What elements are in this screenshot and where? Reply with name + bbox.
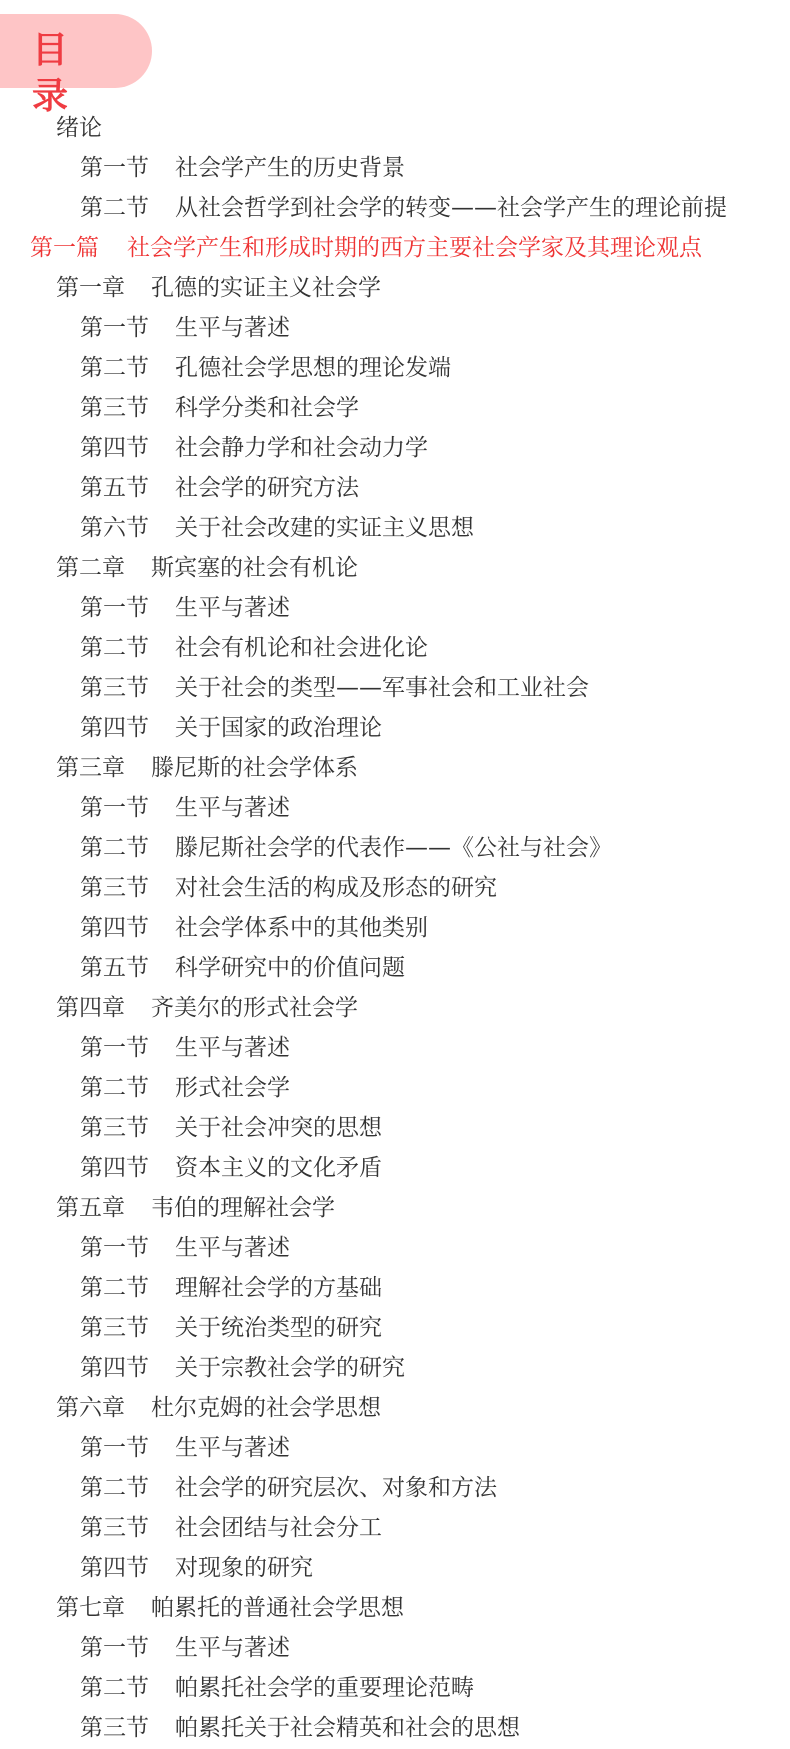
toc-item-title: 生平与著述 xyxy=(175,1228,290,1268)
toc-section-item[interactable]: 第一节生平与著述 xyxy=(0,1628,790,1668)
toc-item-title: 社会有机论和社会进化论 xyxy=(175,628,428,668)
toc-item-title: 社会学体系中的其他类别 xyxy=(175,908,428,948)
toc-section-item[interactable]: 第一节生平与著述 xyxy=(0,788,790,828)
toc-section-item[interactable]: 第二节社会学的研究层次、对象和方法 xyxy=(0,1468,790,1508)
toc-item-number: 第四节 xyxy=(80,428,149,468)
toc-item-title: 生平与著述 xyxy=(175,1628,290,1668)
toc-item-title: 社会团结与社会分工 xyxy=(175,1508,382,1548)
toc-item-number: 第二节 xyxy=(80,1068,149,1108)
toc-item-number: 第二节 xyxy=(80,1268,149,1308)
toc-item-number: 第四节 xyxy=(80,908,149,948)
toc-item-title: 关于社会改建的实证主义思想 xyxy=(175,508,474,548)
toc-item-title: 滕尼斯的社会学体系 xyxy=(151,748,358,788)
toc-item-number: 第四节 xyxy=(80,708,149,748)
toc-item-number: 第五节 xyxy=(80,948,149,988)
toc-item-number: 第三节 xyxy=(80,388,149,428)
toc-item-title: 关于国家的政治理论 xyxy=(175,708,382,748)
toc-item-title: 孔德社会学思想的理论发端 xyxy=(175,348,451,388)
toc-item-number: 第三节 xyxy=(80,1708,149,1748)
toc-chapter-item[interactable]: 第三章滕尼斯的社会学体系 xyxy=(0,748,790,788)
toc-section-item[interactable]: 第二节从社会哲学到社会学的转变——社会学产生的理论前提 xyxy=(0,188,790,228)
toc-item-number: 第一节 xyxy=(80,1228,149,1268)
toc-item-number: 第五章 xyxy=(56,1188,125,1228)
toc-item-title: 社会学的研究层次、对象和方法 xyxy=(175,1468,497,1508)
toc-item-number: 第二节 xyxy=(80,1468,149,1508)
toc-chapter-item[interactable]: 第四章齐美尔的形式社会学 xyxy=(0,988,790,1028)
toc-item-title: 斯宾塞的社会有机论 xyxy=(151,548,358,588)
toc-item-number: 第一节 xyxy=(80,1628,149,1668)
toc-section-item[interactable]: 第三节对社会生活的构成及形态的研究 xyxy=(0,868,790,908)
toc-section-item[interactable]: 第五节社会学的研究方法 xyxy=(0,468,790,508)
toc-item-title: 关于宗教社会学的研究 xyxy=(175,1348,405,1388)
toc-section-item[interactable]: 第二节滕尼斯社会学的代表作——《公社与社会》 xyxy=(0,828,790,868)
toc-section-item[interactable]: 第一节生平与著述 xyxy=(0,1228,790,1268)
toc-item-number: 第三节 xyxy=(80,868,149,908)
toc-item-number: 第一节 xyxy=(80,308,149,348)
toc-section-item[interactable]: 第三节社会团结与社会分工 xyxy=(0,1508,790,1548)
toc-item-title: 帕累托的普通社会学思想 xyxy=(151,1588,404,1628)
toc-item-title: 理解社会学的方基础 xyxy=(175,1268,382,1308)
toc-item-title: 杜尔克姆的社会学思想 xyxy=(151,1388,381,1428)
toc-item-title: 生平与著述 xyxy=(175,1028,290,1068)
toc-item-title: 生平与著述 xyxy=(175,1428,290,1468)
toc-item-title: 齐美尔的形式社会学 xyxy=(151,988,358,1028)
toc-item-number: 第二节 xyxy=(80,188,149,228)
toc-item-number: 第一节 xyxy=(80,148,149,188)
toc-item-title: 生平与著述 xyxy=(175,588,290,628)
toc-item-number: 第一节 xyxy=(80,1028,149,1068)
toc-section-item[interactable]: 第三节帕累托关于社会精英和社会的思想 xyxy=(0,1708,790,1748)
toc-item-title: 科学研究中的价值问题 xyxy=(175,948,405,988)
toc-title: 目 录 xyxy=(32,28,152,120)
toc-section-item[interactable]: 第六节关于社会改建的实证主义思想 xyxy=(0,508,790,548)
toc-item-number: 第一章 xyxy=(56,268,125,308)
toc-item-number: 第三节 xyxy=(80,1508,149,1548)
toc-item-number: 第三节 xyxy=(80,1108,149,1148)
toc-item-number: 第二节 xyxy=(80,348,149,388)
toc-section-item[interactable]: 第一节社会学产生的历史背景 xyxy=(0,148,790,188)
toc-section-item[interactable]: 第四节社会学体系中的其他类别 xyxy=(0,908,790,948)
toc-item-title: 科学分类和社会学 xyxy=(175,388,359,428)
toc-item-title: 生平与著述 xyxy=(175,788,290,828)
toc-item-number: 第一篇 xyxy=(30,228,99,268)
toc-item-number: 第四节 xyxy=(80,1548,149,1588)
toc-chapter-item[interactable]: 第七章帕累托的普通社会学思想 xyxy=(0,1588,790,1628)
toc-chapter-item[interactable]: 第五章韦伯的理解社会学 xyxy=(0,1188,790,1228)
toc-section-item[interactable]: 第四节关于国家的政治理论 xyxy=(0,708,790,748)
toc-intro-item[interactable]: 绪论 xyxy=(0,108,790,148)
toc-section-item[interactable]: 第二节孔德社会学思想的理论发端 xyxy=(0,348,790,388)
toc-item-title: 社会学产生和形成时期的西方主要社会学家及其理论观点 xyxy=(127,228,702,268)
toc-item-number: 第三节 xyxy=(80,1308,149,1348)
toc-item-title: 对社会生活的构成及形态的研究 xyxy=(175,868,497,908)
toc-item-title: 从社会哲学到社会学的转变——社会学产生的理论前提 xyxy=(175,188,727,228)
toc-section-item[interactable]: 第三节科学分类和社会学 xyxy=(0,388,790,428)
toc-section-item[interactable]: 第四节对现象的研究 xyxy=(0,1548,790,1588)
toc-section-item[interactable]: 第一节生平与著述 xyxy=(0,1428,790,1468)
toc-item-number: 第六节 xyxy=(80,508,149,548)
toc-item-number: 第二节 xyxy=(80,1668,149,1708)
toc-item-title: 资本主义的文化矛盾 xyxy=(175,1148,382,1188)
toc-item-number: 第四节 xyxy=(80,1348,149,1388)
toc-item-number: 第二章 xyxy=(56,548,125,588)
toc-item-title: 关于社会冲突的思想 xyxy=(175,1108,382,1148)
toc-item-number: 第五节 xyxy=(80,468,149,508)
toc-item-number: 第一节 xyxy=(80,1428,149,1468)
toc-header-pill: 目 录 xyxy=(0,14,152,88)
toc-item-number: 绪论 xyxy=(56,108,102,148)
toc-section-item[interactable]: 第三节关于社会的类型——军事社会和工业社会 xyxy=(0,668,790,708)
toc-item-number: 第七章 xyxy=(56,1588,125,1628)
toc-item-number: 第一节 xyxy=(80,788,149,828)
toc-item-title: 帕累托关于社会精英和社会的思想 xyxy=(175,1708,520,1748)
toc-item-title: 关于统治类型的研究 xyxy=(175,1308,382,1348)
toc-chapter-item[interactable]: 第一章孔德的实证主义社会学 xyxy=(0,268,790,308)
table-of-contents: 绪论第一节社会学产生的历史背景第二节从社会哲学到社会学的转变——社会学产生的理论… xyxy=(0,108,790,1748)
toc-item-title: 帕累托社会学的重要理论范畴 xyxy=(175,1668,474,1708)
toc-section-item[interactable]: 第四节资本主义的文化矛盾 xyxy=(0,1148,790,1188)
toc-item-number: 第四节 xyxy=(80,1148,149,1188)
toc-item-number: 第六章 xyxy=(56,1388,125,1428)
toc-section-item[interactable]: 第五节科学研究中的价值问题 xyxy=(0,948,790,988)
toc-item-title: 孔德的实证主义社会学 xyxy=(151,268,381,308)
toc-chapter-item[interactable]: 第二章斯宾塞的社会有机论 xyxy=(0,548,790,588)
toc-part-item[interactable]: 第一篇社会学产生和形成时期的西方主要社会学家及其理论观点 xyxy=(0,228,790,268)
toc-section-item[interactable]: 第三节关于社会冲突的思想 xyxy=(0,1108,790,1148)
toc-item-title: 滕尼斯社会学的代表作——《公社与社会》 xyxy=(175,828,612,868)
toc-item-number: 第四章 xyxy=(56,988,125,1028)
toc-section-item[interactable]: 第二节形式社会学 xyxy=(0,1068,790,1108)
toc-item-title: 社会静力学和社会动力学 xyxy=(175,428,428,468)
toc-section-item[interactable]: 第三节关于统治类型的研究 xyxy=(0,1308,790,1348)
toc-item-number: 第一节 xyxy=(80,588,149,628)
toc-item-title: 社会学产生的历史背景 xyxy=(175,148,405,188)
toc-item-title: 关于社会的类型——军事社会和工业社会 xyxy=(175,668,589,708)
toc-item-number: 第三节 xyxy=(80,668,149,708)
toc-section-item[interactable]: 第二节理解社会学的方基础 xyxy=(0,1268,790,1308)
toc-item-number: 第三章 xyxy=(56,748,125,788)
toc-item-number: 第二节 xyxy=(80,628,149,668)
toc-section-item[interactable]: 第二节帕累托社会学的重要理论范畴 xyxy=(0,1668,790,1708)
toc-item-number: 第二节 xyxy=(80,828,149,868)
toc-item-title: 韦伯的理解社会学 xyxy=(151,1188,335,1228)
toc-item-title: 形式社会学 xyxy=(175,1068,290,1108)
toc-item-title: 社会学的研究方法 xyxy=(175,468,359,508)
toc-section-item[interactable]: 第四节社会静力学和社会动力学 xyxy=(0,428,790,468)
toc-section-item[interactable]: 第一节生平与著述 xyxy=(0,308,790,348)
toc-section-item[interactable]: 第四节关于宗教社会学的研究 xyxy=(0,1348,790,1388)
toc-item-title: 生平与著述 xyxy=(175,308,290,348)
toc-section-item[interactable]: 第一节生平与著述 xyxy=(0,588,790,628)
toc-item-title: 对现象的研究 xyxy=(175,1548,313,1588)
toc-section-item[interactable]: 第一节生平与著述 xyxy=(0,1028,790,1068)
toc-chapter-item[interactable]: 第六章杜尔克姆的社会学思想 xyxy=(0,1388,790,1428)
toc-section-item[interactable]: 第二节社会有机论和社会进化论 xyxy=(0,628,790,668)
